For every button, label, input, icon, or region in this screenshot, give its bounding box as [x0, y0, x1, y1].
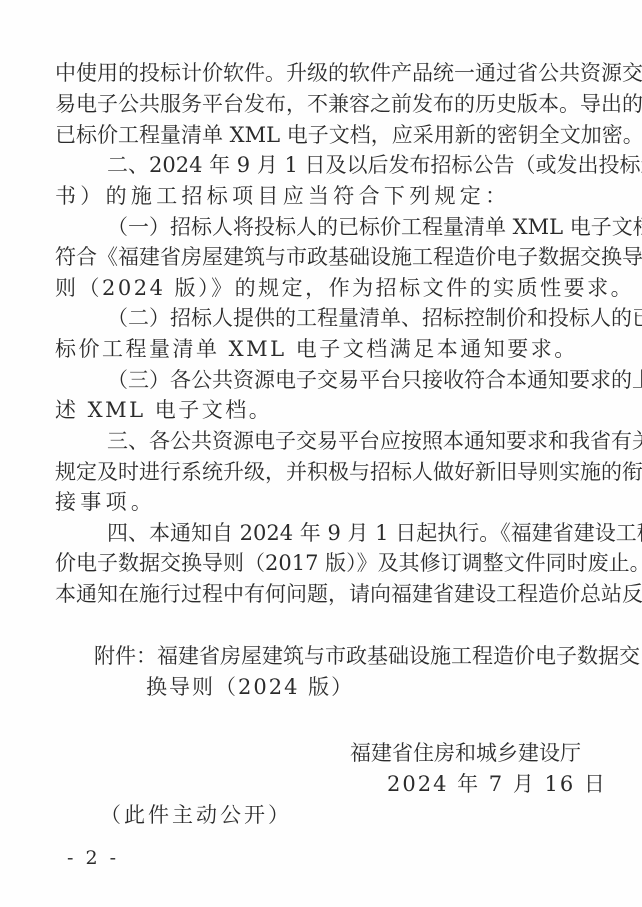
- body-line-17: 价电子数据交换导则（2017 版）》及其修订调整文件同时废止。: [55, 548, 600, 578]
- body-line-7: 符合《福建省房屋建筑与市政基础设施工程造价电子数据交换导: [55, 242, 600, 272]
- body-line-12: 述 XML 电子文档。: [55, 395, 272, 425]
- body-line-15: 接事项。: [55, 487, 156, 517]
- item-three-line: （三）各公共资源电子交易平台只接收符合本通知要求的上: [107, 365, 600, 395]
- item-one-line: （一）招标人将投标人的已标价工程量清单 XML 电子文档: [107, 212, 600, 242]
- body-line-14: 规定及时进行系统升级，并积极与招标人做好新旧导则实施的衔: [55, 457, 600, 487]
- document-page: 中使用的投标计价软件。升级的软件产品统一通过省公共资源交 易电子公共服务平台发布…: [0, 0, 642, 907]
- body-line-2: 易电子公共服务平台发布，不兼容之前发布的历史版本。导出的: [55, 89, 600, 119]
- attachment-line-2: 换导则（2024 版）: [146, 672, 354, 702]
- body-line-3: 已标价工程量清单 XML 电子文档，应采用新的密钥全文加密。: [55, 120, 600, 150]
- item-two-line: （二）招标人提供的工程量清单、招标控制价和投标人的已: [107, 303, 600, 333]
- body-line-18: 本通知在施行过程中有何问题，请向福建省建设工程造价总站反映。: [55, 579, 600, 609]
- issue-date: 2024 年 7 月 16 日: [387, 769, 607, 799]
- body-line-1: 中使用的投标计价软件。升级的软件产品统一通过省公共资源交: [55, 58, 600, 88]
- body-line-8: 则（2024 版）》的规定，作为招标文件的实质性要求。: [55, 273, 634, 303]
- section-three-line: 三、各公共资源电子交易平台应按照本通知要求和我省有关: [107, 426, 600, 456]
- section-four-line: 四、本通知自 2024 年 9 月 1 日起执行。《福建省建设工程造: [107, 518, 600, 548]
- page-number: - 2 -: [67, 843, 119, 873]
- attachment-line-1: 附件：福建省房屋建筑与市政基础设施工程造价电子数据交: [94, 641, 600, 671]
- body-line-5: 书）的施工招标项目应当符合下列规定：: [55, 181, 510, 211]
- section-two-heading-line: 二、2024 年 9 月 1 日及以后发布招标公告（或发出投标邀请: [107, 150, 600, 180]
- disclosure-note: （此件主动公开）: [100, 800, 292, 830]
- body-line-10: 标价工程量清单 XML 电子文档满足本通知要求。: [55, 334, 578, 364]
- issuer-signature: 福建省住房和城乡建设厅: [350, 738, 562, 768]
